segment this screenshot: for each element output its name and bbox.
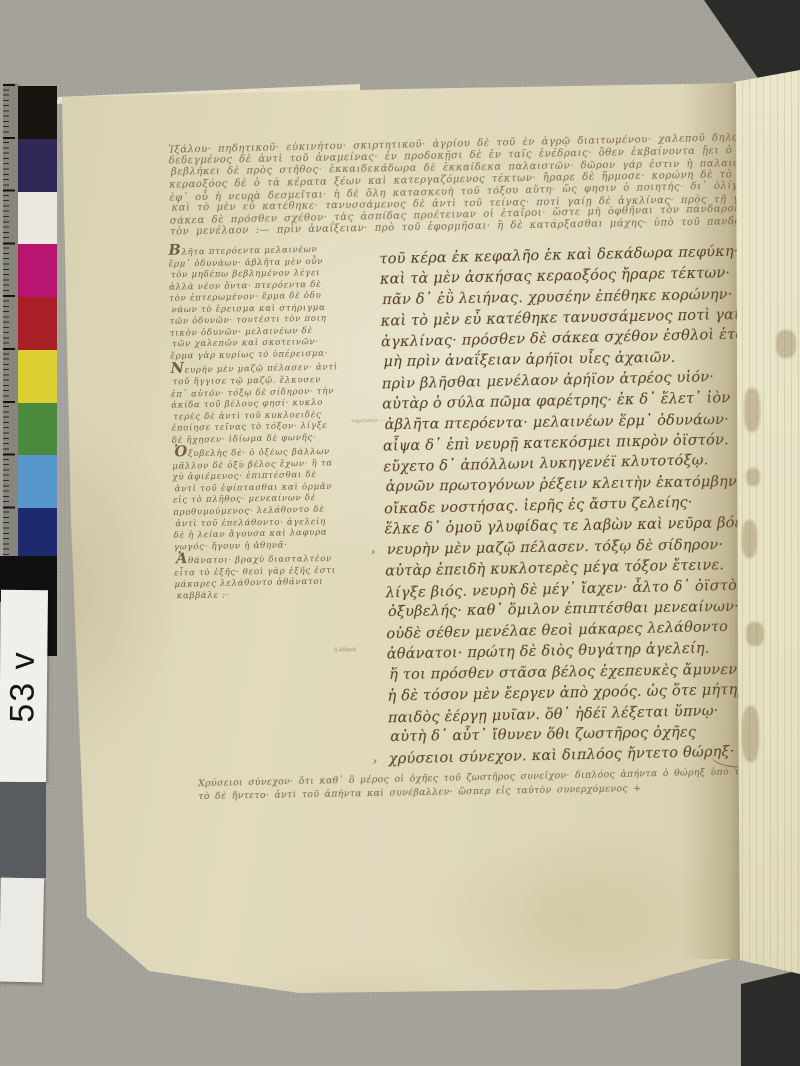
fore-edge-mark xyxy=(746,622,764,646)
gray-calibration-card xyxy=(0,782,46,878)
calibration-color-square xyxy=(18,508,57,561)
calibration-color-square xyxy=(18,139,57,192)
calibration-color-square xyxy=(18,297,57,350)
fore-edge-mark xyxy=(776,330,796,358)
manuscript-photograph: { "photo": { "folio_label_text": "53 v",… xyxy=(0,0,800,1066)
folio-number-label: 53 v xyxy=(0,590,48,782)
calibration-color-square xyxy=(18,350,57,403)
fore-edge-mark xyxy=(742,706,759,762)
calibration-color-square xyxy=(18,86,57,139)
calibration-color-square xyxy=(18,192,57,245)
marginal-note: ἡ ἀθηνᾶ xyxy=(334,647,396,655)
white-calibration-card xyxy=(0,878,44,983)
calibration-color-square xyxy=(18,455,57,508)
folio-number-text: 53 v xyxy=(4,650,44,723)
page-content: Ἰξάλου· πηδητικοῦ· εὐκινήτου· σκιρτητικο… xyxy=(0,0,800,1066)
calibration-color-square xyxy=(18,403,57,456)
marginal-note: σημείωσαι ·— xyxy=(351,418,397,424)
fore-edge-mark xyxy=(744,388,760,432)
calibration-color-square xyxy=(18,244,57,297)
scholia-line: καββάλε :· xyxy=(177,589,349,603)
color-calibration-bar xyxy=(18,86,57,561)
gutter-shadow xyxy=(682,83,739,959)
parchment-page: Ἰξάλου· πηδητικοῦ· εὐκινήτου· σκιρτητικο… xyxy=(0,0,800,1066)
fore-edge-mark xyxy=(742,520,757,558)
bottom-scholia-block: Χρύσειοι σύνεχον· ὅτι καθ᾽ ὃ μέρος οἱ ὀχ… xyxy=(198,766,758,803)
fore-edge-mark xyxy=(746,468,760,486)
left-scholia-column: Βλῆτα πτερόεντα μελαινέωνἕρμ᾽ ὀδυνάων· ἀ… xyxy=(168,241,347,602)
